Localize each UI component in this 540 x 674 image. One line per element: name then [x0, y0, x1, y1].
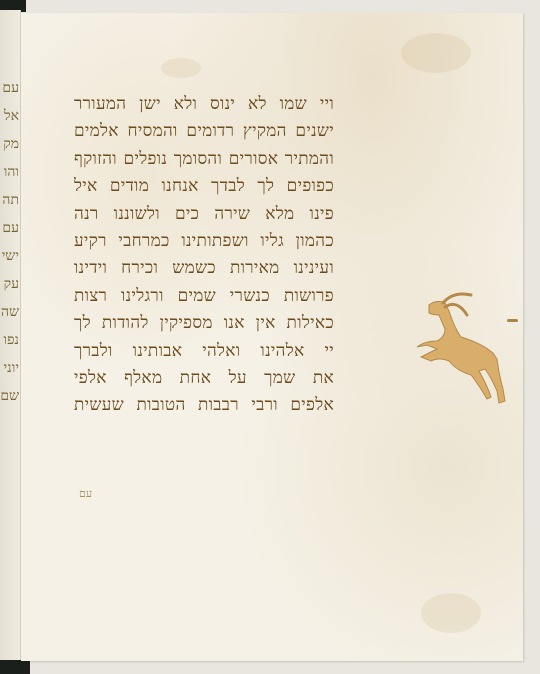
- ibex-illustration-icon: [401, 285, 511, 413]
- text-line: אלפים ורבי רבבות הטובות שעשית: [74, 392, 334, 419]
- text-line: פינו מלא שירה כים ולשוננו רנה: [74, 201, 334, 228]
- text-line: ועינינו מאירות כשמש וכירח וידינו: [74, 255, 334, 282]
- facing-page-fragment: שה: [1, 304, 19, 332]
- text-line: והמתיר אסורים והסומך נופלים והזוקף: [74, 146, 334, 173]
- facing-page-fragment: עם: [1, 80, 19, 108]
- text-line: ישנים המקיץ רדומים והמסיח אלמים: [74, 118, 334, 145]
- parchment-stain: [401, 33, 471, 73]
- text-line: כאילות אין אנו מספיקין להודות לך: [74, 310, 334, 337]
- catchword: עם: [79, 487, 92, 500]
- facing-page-fragment: והו: [1, 164, 19, 192]
- manuscript-folio: ויי שמו לא ינוס ולא ישן המעורר ישנים המק…: [21, 13, 523, 661]
- hebrew-text-block: ויי שמו לא ינוס ולא ישן המעורר ישנים המק…: [74, 91, 334, 420]
- dark-background-corner-bottom: [0, 660, 30, 674]
- facing-page-fragment: יוני: [1, 360, 19, 388]
- facing-page-fragment: ישי: [1, 248, 19, 276]
- text-line: יי אלהינו ואלהי אבותינו ולברך: [74, 338, 334, 365]
- facing-page-fragment: עק: [1, 276, 19, 304]
- parchment-stain: [421, 593, 481, 633]
- facing-page-fragment: נפו: [1, 332, 19, 360]
- text-line: כפופים לך לבדך אנחנו מודים איל: [74, 173, 334, 200]
- text-line: את שמך על אחת מאלף אלפי: [74, 365, 334, 392]
- facing-page-fragment: אל: [1, 108, 19, 136]
- text-line: ויי שמו לא ינוס ולא ישן המעורר: [74, 91, 334, 118]
- parchment-stain: [161, 58, 201, 78]
- facing-page-fragment: שם: [1, 388, 19, 416]
- facing-page-edge: עם אל מק והו תה עם ישי עק שה נפו יוני שם: [0, 10, 21, 660]
- text-line: כהמון גליו ושפתותינו כמרחבי רקיע: [74, 228, 334, 255]
- facing-page-fragment: עם: [1, 220, 19, 248]
- text-line: פרושות כנשרי שמים ורגלינו רצות: [74, 283, 334, 310]
- facing-page-fragment: תה: [1, 192, 19, 220]
- facing-page-fragment: מק: [1, 136, 19, 164]
